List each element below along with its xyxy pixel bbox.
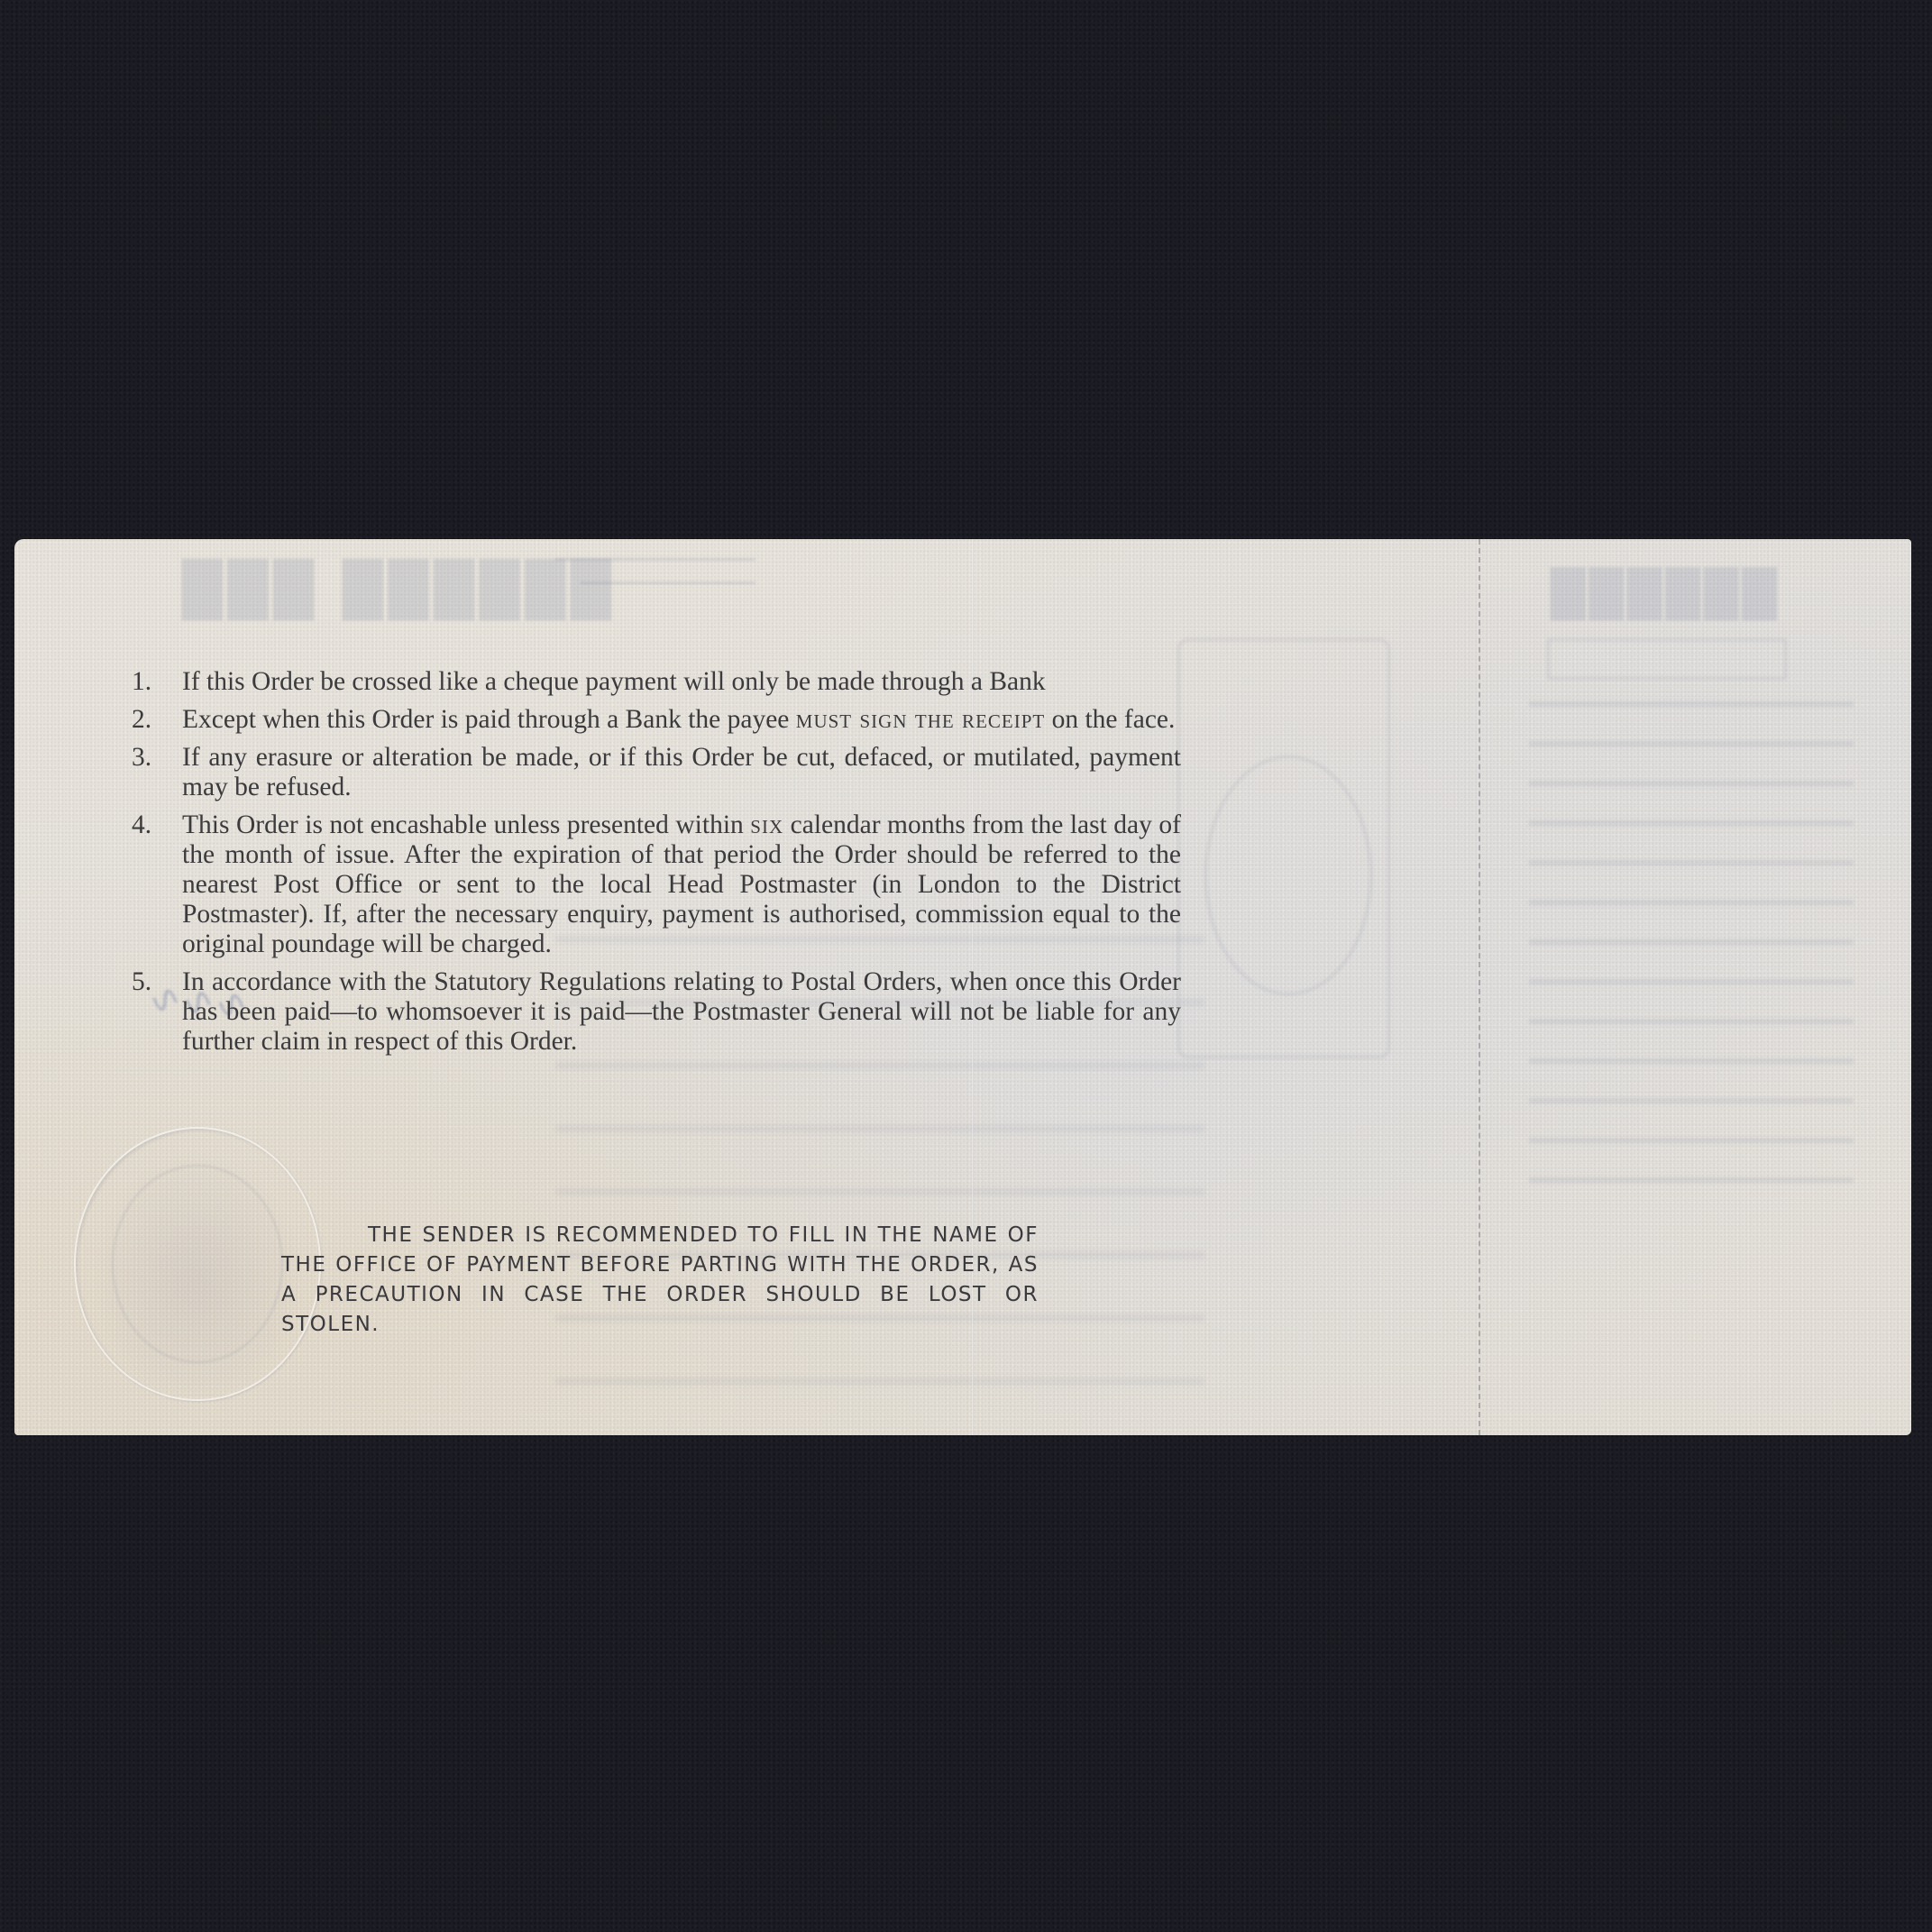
emphasis-smallcaps: MUST SIGN THE RECEIPT (796, 705, 1045, 734)
condition-item: 4. This Order is not encashable unless p… (126, 810, 1181, 959)
show-through-header: ▔▔▔▔▔▔▔▔▔▔▔▔▔▔▔▔▔▔▔▔▔▔▔▔▔▔▔▔▔▔ (555, 557, 755, 604)
condition-number: 5. (132, 967, 151, 997)
show-through-serial: ██████ ███ (177, 559, 611, 620)
emphasis-smallcaps: SIX (750, 810, 783, 839)
condition-text: If this Order be crossed like a cheque p… (182, 667, 1181, 697)
sender-notice: THE SENDER IS RECOMMENDED TO FILL IN THE… (281, 1221, 1039, 1340)
condition-item: 1. If this Order be crossed like a chequ… (126, 667, 1181, 697)
show-through-stub-serial: ██████ (1547, 568, 1777, 620)
show-through-stub-box (1547, 638, 1787, 680)
condition-number: 3. (132, 743, 151, 773)
condition-number: 1. (132, 667, 151, 697)
condition-item: 5. In accordance with the Statutory Regu… (126, 967, 1181, 1057)
postmark-inner-ring (112, 1165, 283, 1363)
condition-text: If any erasure or alteration be made, or… (182, 743, 1181, 802)
condition-text: Except when this Order is paid through a… (182, 705, 1181, 735)
condition-text: This Order is not encashable unless pres… (182, 810, 1181, 959)
show-through-portrait-oval (1204, 755, 1372, 995)
condition-text: In accordance with the Statutory Regulat… (182, 967, 1181, 1057)
show-through-value-panel (1177, 638, 1390, 1058)
condition-number: 2. (132, 705, 151, 735)
condition-item: 3. If any erasure or alteration be made,… (126, 743, 1181, 802)
condition-number: 4. (132, 810, 151, 840)
condition-item: 2. Except when this Order is paid throug… (126, 705, 1181, 735)
show-through-stub-lines (1529, 701, 1854, 1206)
conditions-list: 1. If this Order be crossed like a chequ… (126, 667, 1181, 1065)
perforation-line (1479, 539, 1480, 1435)
postal-order-reverse: ██████ ███ ▔▔▔▔▔▔▔▔▔▔▔▔▔▔▔▔▔▔▔▔▔▔▔▔▔▔▔▔▔… (14, 539, 1911, 1435)
